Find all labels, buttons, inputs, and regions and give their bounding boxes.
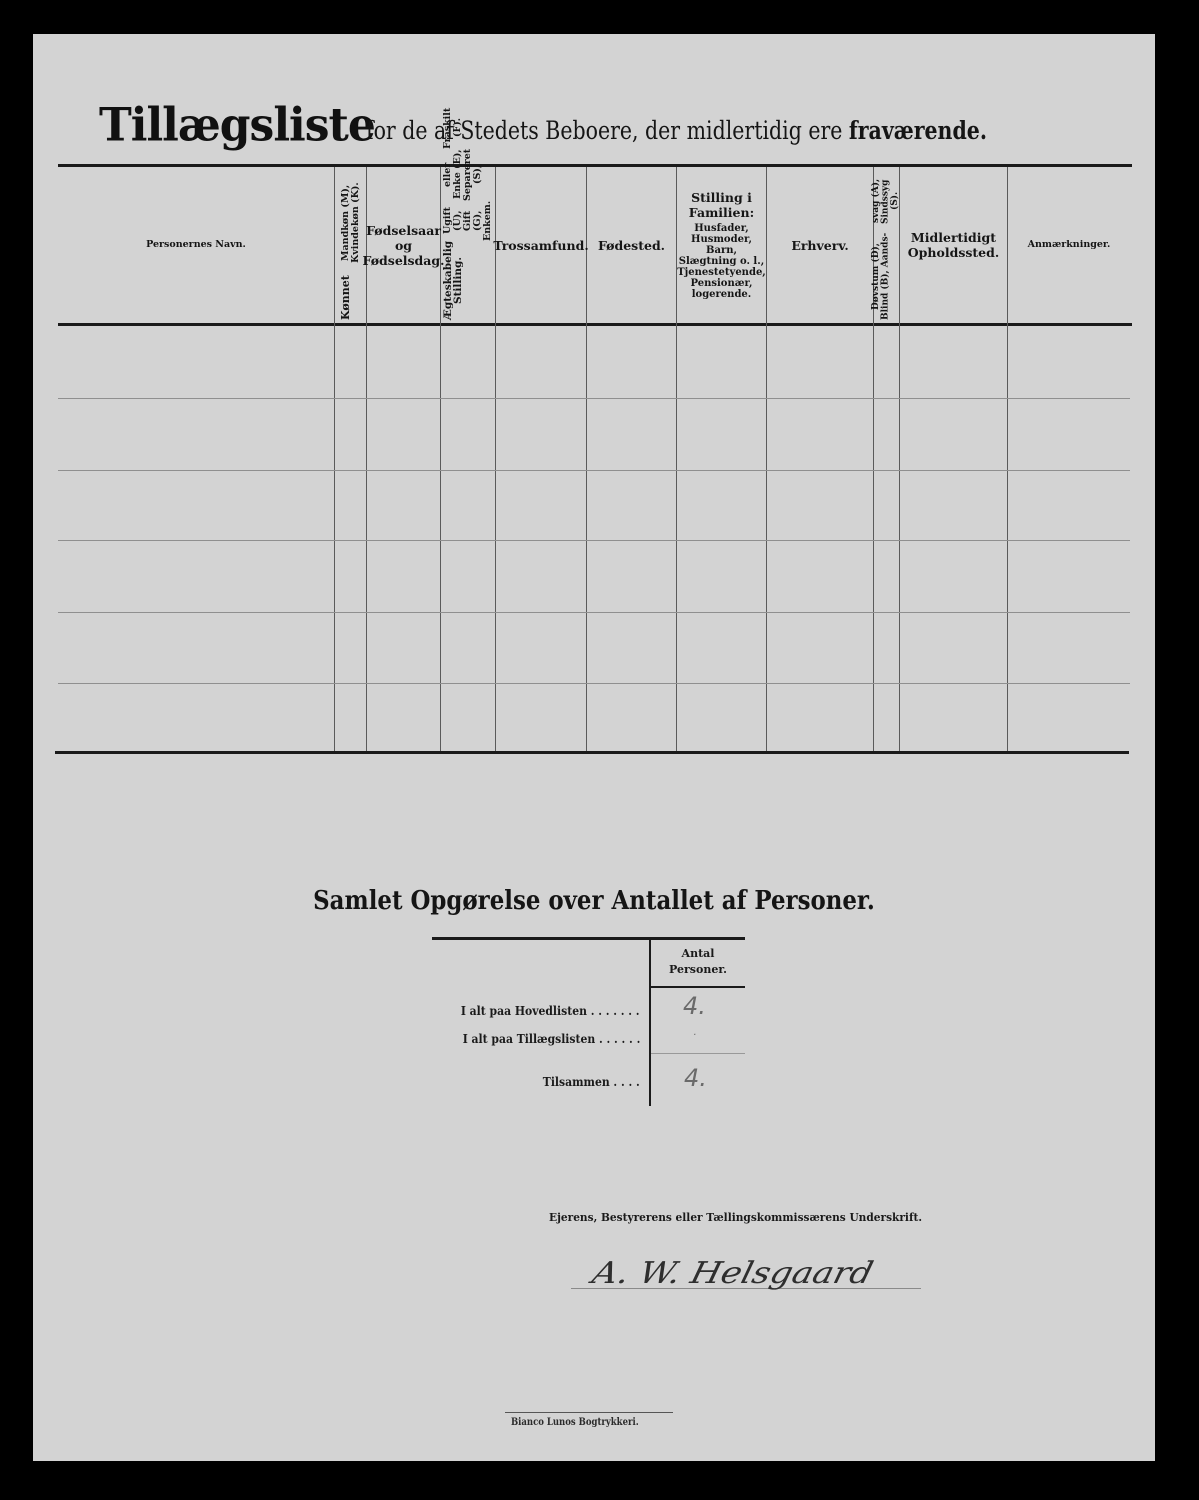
header-anmaerkninger: Anmærkninger. <box>1008 167 1130 323</box>
summary-label-hovedlisten: I alt paa Hovedlisten . . . . . . . <box>461 1004 640 1018</box>
header-handicap-line1: Døvstum (D), Blind (B), Aands- <box>872 233 901 320</box>
header-konnet-line1: Kønnet <box>341 275 361 320</box>
header-erhverv: Erhverv. <box>767 167 873 323</box>
header-personernes-navn: Personernes Navn. <box>58 167 334 323</box>
summary-value-hovedlisten: 4. <box>683 992 706 1020</box>
table-row[interactable] <box>58 471 1130 540</box>
form-title: Tillægsliste <box>99 99 375 153</box>
table-row[interactable] <box>58 326 1130 398</box>
printer-rule <box>505 1412 673 1413</box>
printer-imprint: Bianco Lunos Bogtrykkeri. <box>511 1417 639 1428</box>
summary-column-header: Antal Personer. <box>651 946 745 978</box>
table-row[interactable] <box>58 541 1130 612</box>
summary-label-tilsammen: Tilsammen . . . . <box>543 1075 640 1089</box>
header-konnet: Kønnet Mandkøn (M), Kvindekøn (K). <box>335 170 366 320</box>
form-subtitle-bold: fraværende. <box>849 116 987 145</box>
header-konnet-line2: Mandkøn (M), Kvindekøn (K). <box>341 170 361 275</box>
header-aegteskab-line3: eller Enke (E), Separeret (S), <box>443 149 493 201</box>
header-handicap-line2: svag (A), Sindssyg (S). <box>872 170 901 233</box>
form-subtitle-plain: for de af Stedets Beboere, der midlertid… <box>366 116 849 145</box>
header-aegteskabelig-stilling: Ægteskabelig Stilling. Ugift (U), Gift (… <box>441 170 495 320</box>
header-dovstum-blind: Døvstum (D), Blind (B), Aands- svag (A),… <box>874 170 899 320</box>
summary-title: Samlet Opgørelse over Antallet af Person… <box>100 886 1087 916</box>
summary-header-underline <box>651 986 745 988</box>
header-stilling-i-familien: Stilling i Familien: Husfader, Husmoder,… <box>677 167 766 323</box>
summary-value-tilsammen: 4. <box>684 1064 707 1092</box>
header-fodested: Fødested. <box>587 167 676 323</box>
summary-value-tillaegslisten: · <box>693 1030 696 1041</box>
signature-handwritten: A. W. Helsgaard <box>589 1256 877 1291</box>
summary-subtotal-line <box>651 1053 745 1054</box>
table-row[interactable] <box>58 613 1130 683</box>
header-fodselsaar: Fødselsaar og Fødselsdag. <box>367 167 440 323</box>
summary-top-border <box>432 937 745 940</box>
header-aegteskab-line1: Ægteskabelig Stilling. <box>443 241 493 320</box>
header-aegteskab-line4: Fraskilt (F). <box>443 107 493 148</box>
census-form-page: Tillægsliste for de af Stedets Beboere, … <box>33 34 1155 1461</box>
header-trossamfund: Trossamfund. <box>496 167 586 323</box>
signature-caption: Ejerens, Bestyrerens eller Tællingskommi… <box>549 1210 922 1224</box>
table-row[interactable] <box>58 684 1130 751</box>
table-bottom-border <box>55 751 1129 754</box>
table-row[interactable] <box>58 399 1130 470</box>
header-aegteskab-line2: Ugift (U), Gift (G), Enkem. <box>443 201 493 241</box>
header-midlertidigt-opholdssted: Midlertidigt Opholdssted. <box>900 167 1007 323</box>
summary-label-tillaegslisten: I alt paa Tillægslisten . . . . . . <box>462 1032 640 1046</box>
